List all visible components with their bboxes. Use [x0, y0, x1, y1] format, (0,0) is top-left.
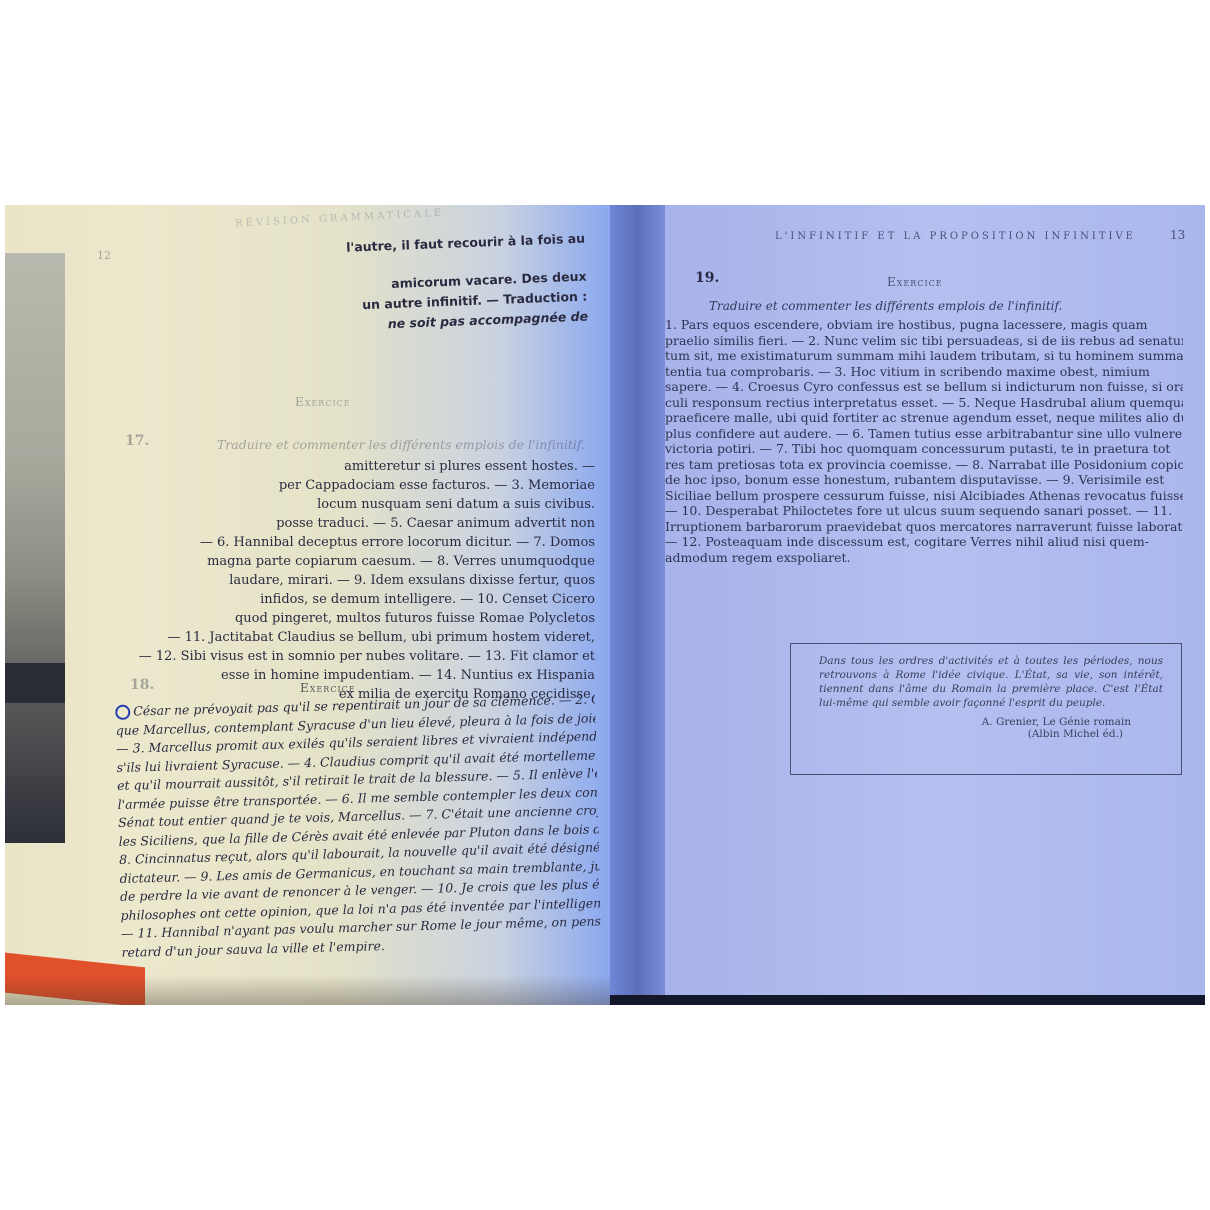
- exercise-17-text: amitteretur si plures essent hostes. —pe…: [115, 457, 595, 704]
- text-line: quod pingeret, multos futuros fuisse Rom…: [115, 609, 595, 628]
- intro-paragraph: l'autre, il faut recourir à la fois au a…: [105, 229, 588, 345]
- text-line: Siciliae bellum prospere cessurum fuisse…: [665, 488, 1183, 504]
- quote-author: A. Grenier, Le Génie romain: [791, 716, 1181, 728]
- text-line: locum nusquam seni datum a suis civibus.: [115, 495, 595, 514]
- exercise-18-text: César ne prévoyait pas qu'il se repentir…: [115, 690, 602, 961]
- exercise-18-title: Exercice: [300, 681, 356, 695]
- text-line: res tam pretiosas tota ex provincia coem…: [665, 457, 1183, 473]
- page-shadow: [5, 975, 610, 1005]
- text-line: laudare, mirari. — 9. Idem exsulans dixi…: [115, 571, 595, 590]
- text-line: — 12. Sibi visus est in somnio per nubes…: [115, 647, 595, 666]
- left-page: Révision grammaticale 12 l'autre, il fau…: [5, 205, 610, 1005]
- exercise-18-number: 18.: [130, 677, 154, 693]
- exercise-19-instruction: Traduire et commenter les différents emp…: [709, 299, 1062, 313]
- book-gutter: [610, 205, 665, 1005]
- text-line: — 10. Desperabat Philoctetes fore ut ulc…: [665, 503, 1183, 519]
- text-line: culi responsum rectius interpretatus ess…: [665, 395, 1183, 411]
- text-line: posse traduci. — 5. Caesar animum advert…: [115, 514, 595, 533]
- right-running-header: L'infinitif et la proposition infinitive: [775, 231, 1136, 242]
- text-line: admodum regem exspoliaret.: [665, 550, 1183, 566]
- text-line: tum sit, me existimaturum summam mihi la…: [665, 348, 1183, 364]
- text-line: — 12. Posteaquam inde discessum est, cog…: [665, 534, 1183, 550]
- right-page: L'infinitif et la proposition infinitive…: [665, 205, 1205, 995]
- quote-box: Dans tous les ordres d'activités et à to…: [790, 643, 1182, 775]
- book-photo: Révision grammaticale 12 l'autre, il fau…: [5, 205, 1205, 1005]
- quote-publisher: (Albin Michel éd.): [791, 728, 1181, 740]
- text-line: tentia tua comprobaris. — 3. Hoc vitium …: [665, 364, 1183, 380]
- exercise-19-title: Exercice: [887, 275, 943, 289]
- text-line: sapere. — 4. Croesus Cyro confessus est …: [665, 379, 1183, 395]
- left-running-header: Révision grammaticale: [235, 208, 445, 230]
- text-line: victoria potiri. — 7. Tibi hoc quomquam …: [665, 441, 1183, 457]
- text-line: — 11. Jactitabat Claudius se bellum, ubi…: [115, 628, 595, 647]
- exercise-17-instruction: Traduire et commenter les différents emp…: [125, 437, 585, 452]
- text-line: praeficere malle, ubi quid fortiter ac s…: [665, 410, 1183, 426]
- text-line: de hoc ipso, bonum esse honestum, rubant…: [665, 472, 1183, 488]
- text-line: per Cappadociam esse facturos. — 3. Memo…: [115, 476, 595, 495]
- exercise-19-number: 19.: [695, 270, 719, 286]
- exercise-17-title: Exercice: [295, 395, 351, 409]
- right-page-number: 13: [1170, 228, 1185, 242]
- pen-circle-mark: [115, 705, 130, 720]
- quote-text: Dans tous les ordres d'activités et à to…: [791, 644, 1181, 710]
- text-line: Irruptionem barbarorum praevidebat quos …: [665, 519, 1183, 535]
- text-line: 1. Pars equos escendere, obviam ire host…: [665, 317, 1183, 333]
- intro-line: l'autre, il faut recourir à la fois au: [105, 229, 585, 267]
- text-line: praelio similis fieri. — 2. Nunc velim s…: [665, 333, 1183, 349]
- exercise-19-text: 1. Pars equos escendere, obviam ire host…: [665, 317, 1183, 565]
- text-line: magna parte copiarum caesum. — 8. Verres…: [115, 552, 595, 571]
- text-line: — 6. Hannibal deceptus errore locorum di…: [115, 533, 595, 552]
- text-line: infidos, se demum intelligere. — 10. Cen…: [115, 590, 595, 609]
- text-line: plus confidere aut audere. — 6. Tamen tu…: [665, 426, 1183, 442]
- text-line: amitteretur si plures essent hostes. —: [115, 457, 595, 476]
- inset-photograph: [5, 253, 65, 843]
- table-edge: [610, 995, 1205, 1005]
